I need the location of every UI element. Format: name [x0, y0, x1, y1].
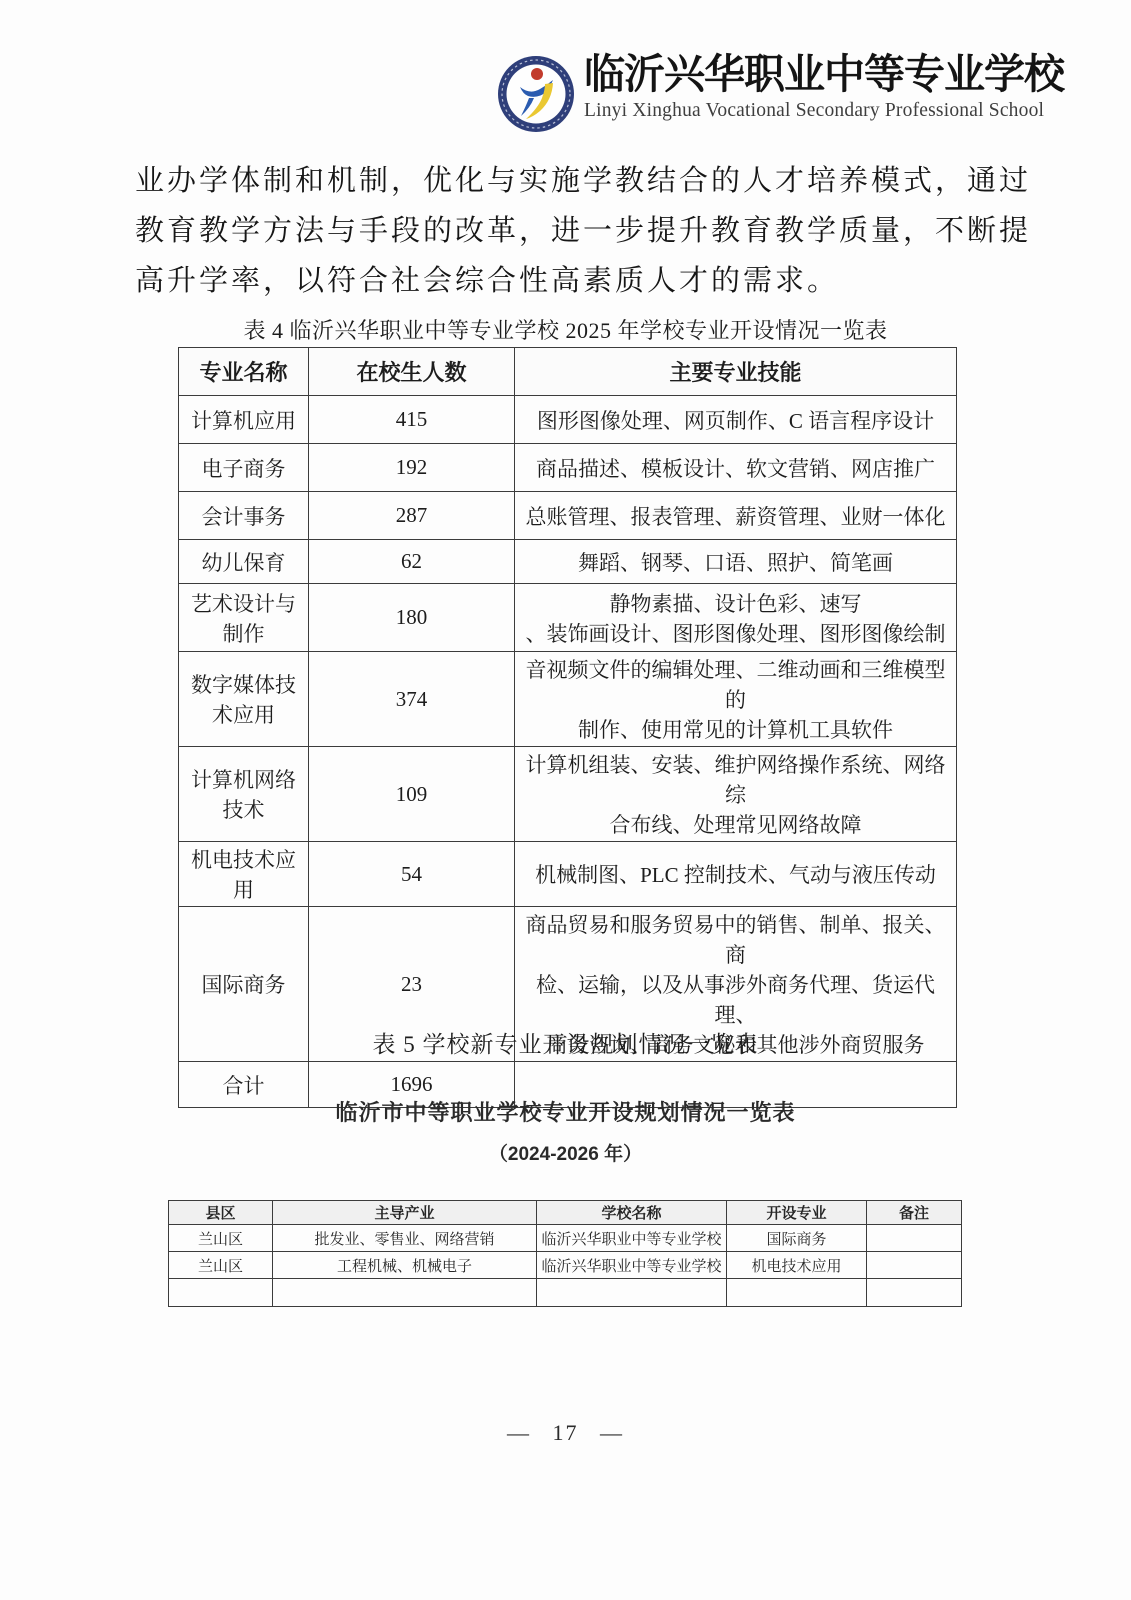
- col-header-major-name: 专业名称: [179, 348, 309, 396]
- major-name-cell: 机电技术应 用: [179, 842, 309, 907]
- skills-cell: 总账管理、报表管理、薪资管理、业财一体化: [515, 492, 957, 540]
- skills-cell: 商品描述、模板设计、软文营销、网店推广: [515, 444, 957, 492]
- note-cell: [867, 1252, 962, 1279]
- header-titles: 临沂兴华职业中等专业学校 Linyi Xinghua Vocational Se…: [584, 50, 1064, 122]
- col-header-skills: 主要专业技能: [515, 348, 957, 396]
- table-row: 艺术设计与 制作 180 静物素描、设计色彩、速写 、装饰画设计、图形图像处理、…: [179, 584, 957, 652]
- table-row: 计算机应用 415 图形图像处理、网页制作、C 语言程序设计: [179, 396, 957, 444]
- enrollment-cell: 180: [309, 584, 515, 652]
- table-row: 数字媒体技 术应用 374 音视频文件的编辑处理、二维动画和三维模型的 制作、使…: [179, 652, 957, 747]
- table4-caption: 表 4 临沂兴华职业中等专业学校 2025 年学校专业开设情况一览表: [0, 314, 1131, 345]
- table5-subtitle: 临沂市中等职业学校专业开设规划情况一览表: [0, 1096, 1131, 1127]
- table-row: 电子商务 192 商品描述、模板设计、软文营销、网店推广: [179, 444, 957, 492]
- skills-cell: 音视频文件的编辑处理、二维动画和三维模型的 制作、使用常见的计算机工具软件: [515, 652, 957, 747]
- industry-cell: 批发业、零售业、网络营销: [273, 1225, 537, 1252]
- industry-cell: [273, 1279, 537, 1307]
- skills-cell: 静物素描、设计色彩、速写 、装饰画设计、图形图像处理、图形图像绘制: [515, 584, 957, 652]
- major-cell: 国际商务: [727, 1225, 867, 1252]
- industry-cell: 工程机械、机械电子: [273, 1252, 537, 1279]
- enrollment-cell: 415: [309, 396, 515, 444]
- table5-period: （2024-2026 年）: [0, 1139, 1131, 1166]
- school-name-zh: 临沂兴华职业中等专业学校: [584, 50, 1064, 98]
- table-row: 计算机网络 技术 109 计算机组装、安装、维护网络操作系统、网络综 合布线、处…: [179, 747, 957, 842]
- school-cell: [537, 1279, 727, 1307]
- school-logo-icon: [496, 54, 576, 134]
- major-name-cell: 计算机网络 技术: [179, 747, 309, 842]
- paragraph-line: 教育教学方法与手段的改革，进一步提升教育教学质量，不断提: [135, 206, 1021, 256]
- note-cell: [867, 1279, 962, 1307]
- table-row: 机电技术应 用 54 机械制图、PLC 控制技术、气动与液压传动: [179, 842, 957, 907]
- table-row: 兰山区 批发业、零售业、网络营销 临沂兴华职业中等专业学校 国际商务: [169, 1225, 962, 1252]
- major-cell: [727, 1279, 867, 1307]
- table-row: 兰山区 工程机械、机械电子 临沂兴华职业中等专业学校 机电技术应用: [169, 1252, 962, 1279]
- table-row: [169, 1279, 962, 1307]
- col-header-district: 县区: [169, 1201, 273, 1225]
- school-name-en: Linyi Xinghua Vocational Secondary Profe…: [584, 100, 1064, 122]
- table5-caption: 表 5 学校新专业开设规划情况一览表: [0, 1026, 1131, 1059]
- table-row: 会计事务 287 总账管理、报表管理、薪资管理、业财一体化: [179, 492, 957, 540]
- col-header-note: 备注: [867, 1201, 962, 1225]
- col-header-enrollment: 在校生人数: [309, 348, 515, 396]
- table4-header-row: 专业名称 在校生人数 主要专业技能: [179, 348, 957, 396]
- col-header-school: 学校名称: [537, 1201, 727, 1225]
- document-page: 临沂兴华职业中等专业学校 Linyi Xinghua Vocational Se…: [0, 0, 1131, 1600]
- skills-cell: 机械制图、PLC 控制技术、气动与液压传动: [515, 842, 957, 907]
- major-cell: 机电技术应用: [727, 1252, 867, 1279]
- major-name-cell: 计算机应用: [179, 396, 309, 444]
- note-cell: [867, 1225, 962, 1252]
- enrollment-cell: 54: [309, 842, 515, 907]
- school-cell: 临沂兴华职业中等专业学校: [537, 1252, 727, 1279]
- enrollment-cell: 62: [309, 540, 515, 584]
- paragraph-line: 高升学率，以符合社会综合性高素质人才的需求。: [135, 256, 1021, 306]
- page-header: 临沂兴华职业中等专业学校 Linyi Xinghua Vocational Se…: [496, 50, 1064, 134]
- page-number: — 17 —: [0, 1420, 1131, 1446]
- district-cell: [169, 1279, 273, 1307]
- major-name-cell: 幼儿保育: [179, 540, 309, 584]
- skills-cell: 图形图像处理、网页制作、C 语言程序设计: [515, 396, 957, 444]
- col-header-industry: 主导产业: [273, 1201, 537, 1225]
- enrollment-cell: 374: [309, 652, 515, 747]
- table5-planning: 县区 主导产业 学校名称 开设专业 备注 兰山区 批发业、零售业、网络营销 临沂…: [168, 1200, 962, 1307]
- enrollment-cell: 109: [309, 747, 515, 842]
- skills-cell: 计算机组装、安装、维护网络操作系统、网络综 合布线、处理常见网络故障: [515, 747, 957, 842]
- major-name-cell: 会计事务: [179, 492, 309, 540]
- major-name-cell: 数字媒体技 术应用: [179, 652, 309, 747]
- table4-majors: 专业名称 在校生人数 主要专业技能 计算机应用 415 图形图像处理、网页制作、…: [178, 347, 957, 1108]
- enrollment-cell: 192: [309, 444, 515, 492]
- school-cell: 临沂兴华职业中等专业学校: [537, 1225, 727, 1252]
- district-cell: 兰山区: [169, 1252, 273, 1279]
- district-cell: 兰山区: [169, 1225, 273, 1252]
- major-name-cell: 艺术设计与 制作: [179, 584, 309, 652]
- paragraph-line: 业办学体制和机制，优化与实施学教结合的人才培养模式，通过: [135, 156, 1021, 206]
- table-row: 幼儿保育 62 舞蹈、钢琴、口语、照护、简笔画: [179, 540, 957, 584]
- major-name-cell: 电子商务: [179, 444, 309, 492]
- col-header-major: 开设专业: [727, 1201, 867, 1225]
- enrollment-cell: 287: [309, 492, 515, 540]
- table5-header-row: 县区 主导产业 学校名称 开设专业 备注: [169, 1201, 962, 1225]
- skills-cell: 舞蹈、钢琴、口语、照护、简笔画: [515, 540, 957, 584]
- body-paragraph: 业办学体制和机制，优化与实施学教结合的人才培养模式，通过 教育教学方法与手段的改…: [135, 156, 1021, 306]
